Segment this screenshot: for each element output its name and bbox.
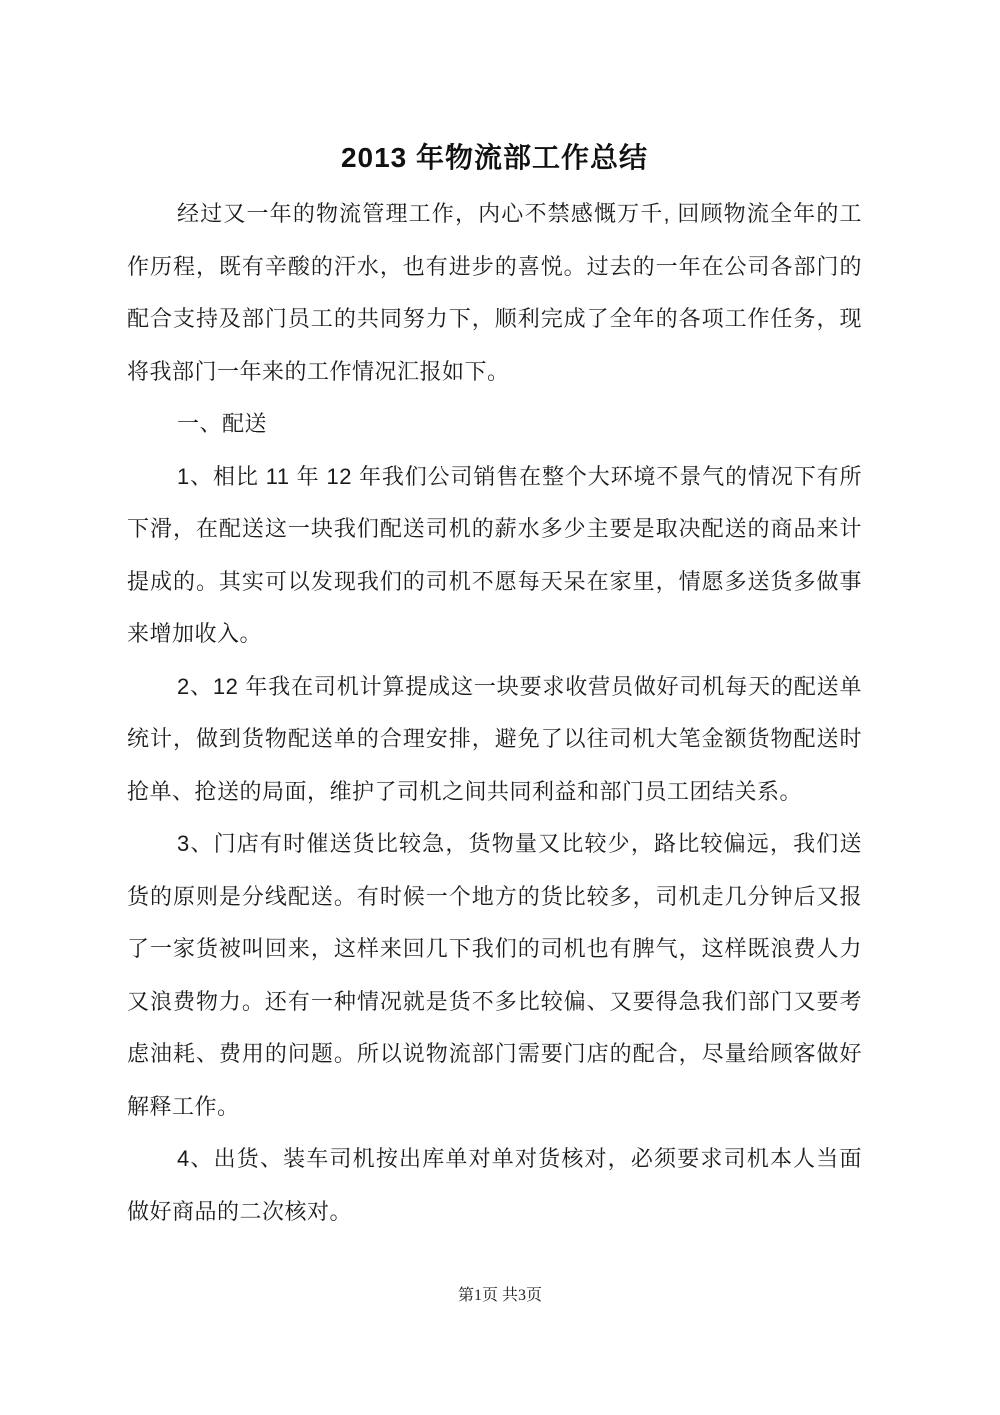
paragraph-item-4: 4、出货、装车司机按出库单对单对货核对，必须要求司机本人当面做好商品的二次核对。 bbox=[127, 1133, 862, 1238]
page-number-footer: 第1页 共3页 bbox=[0, 1284, 1000, 1308]
paragraph-item-3: 3、门店有时催送货比较急，货物量又比较少，路比较偏远，我们送货的原则是分线配送。… bbox=[127, 818, 862, 1133]
document-page: 2013 年物流部工作总结 经过又一年的物流管理工作，内心不禁感慨万千, 回顾物… bbox=[0, 0, 1000, 1415]
paragraph-item-1: 1、相比 11 年 12 年我们公司销售在整个大环境不景气的情况下有所下滑，在配… bbox=[127, 451, 862, 661]
document-title: 2013 年物流部工作总结 bbox=[127, 138, 862, 178]
paragraph-intro: 经过又一年的物流管理工作，内心不禁感慨万千, 回顾物流全年的工作历程，既有辛酸的… bbox=[127, 188, 862, 398]
paragraph-item-2: 2、12 年我在司机计算提成这一块要求收营员做好司机每天的配送单统计，做到货物配… bbox=[127, 661, 862, 819]
section-heading-delivery: 一、配送 bbox=[127, 398, 862, 451]
